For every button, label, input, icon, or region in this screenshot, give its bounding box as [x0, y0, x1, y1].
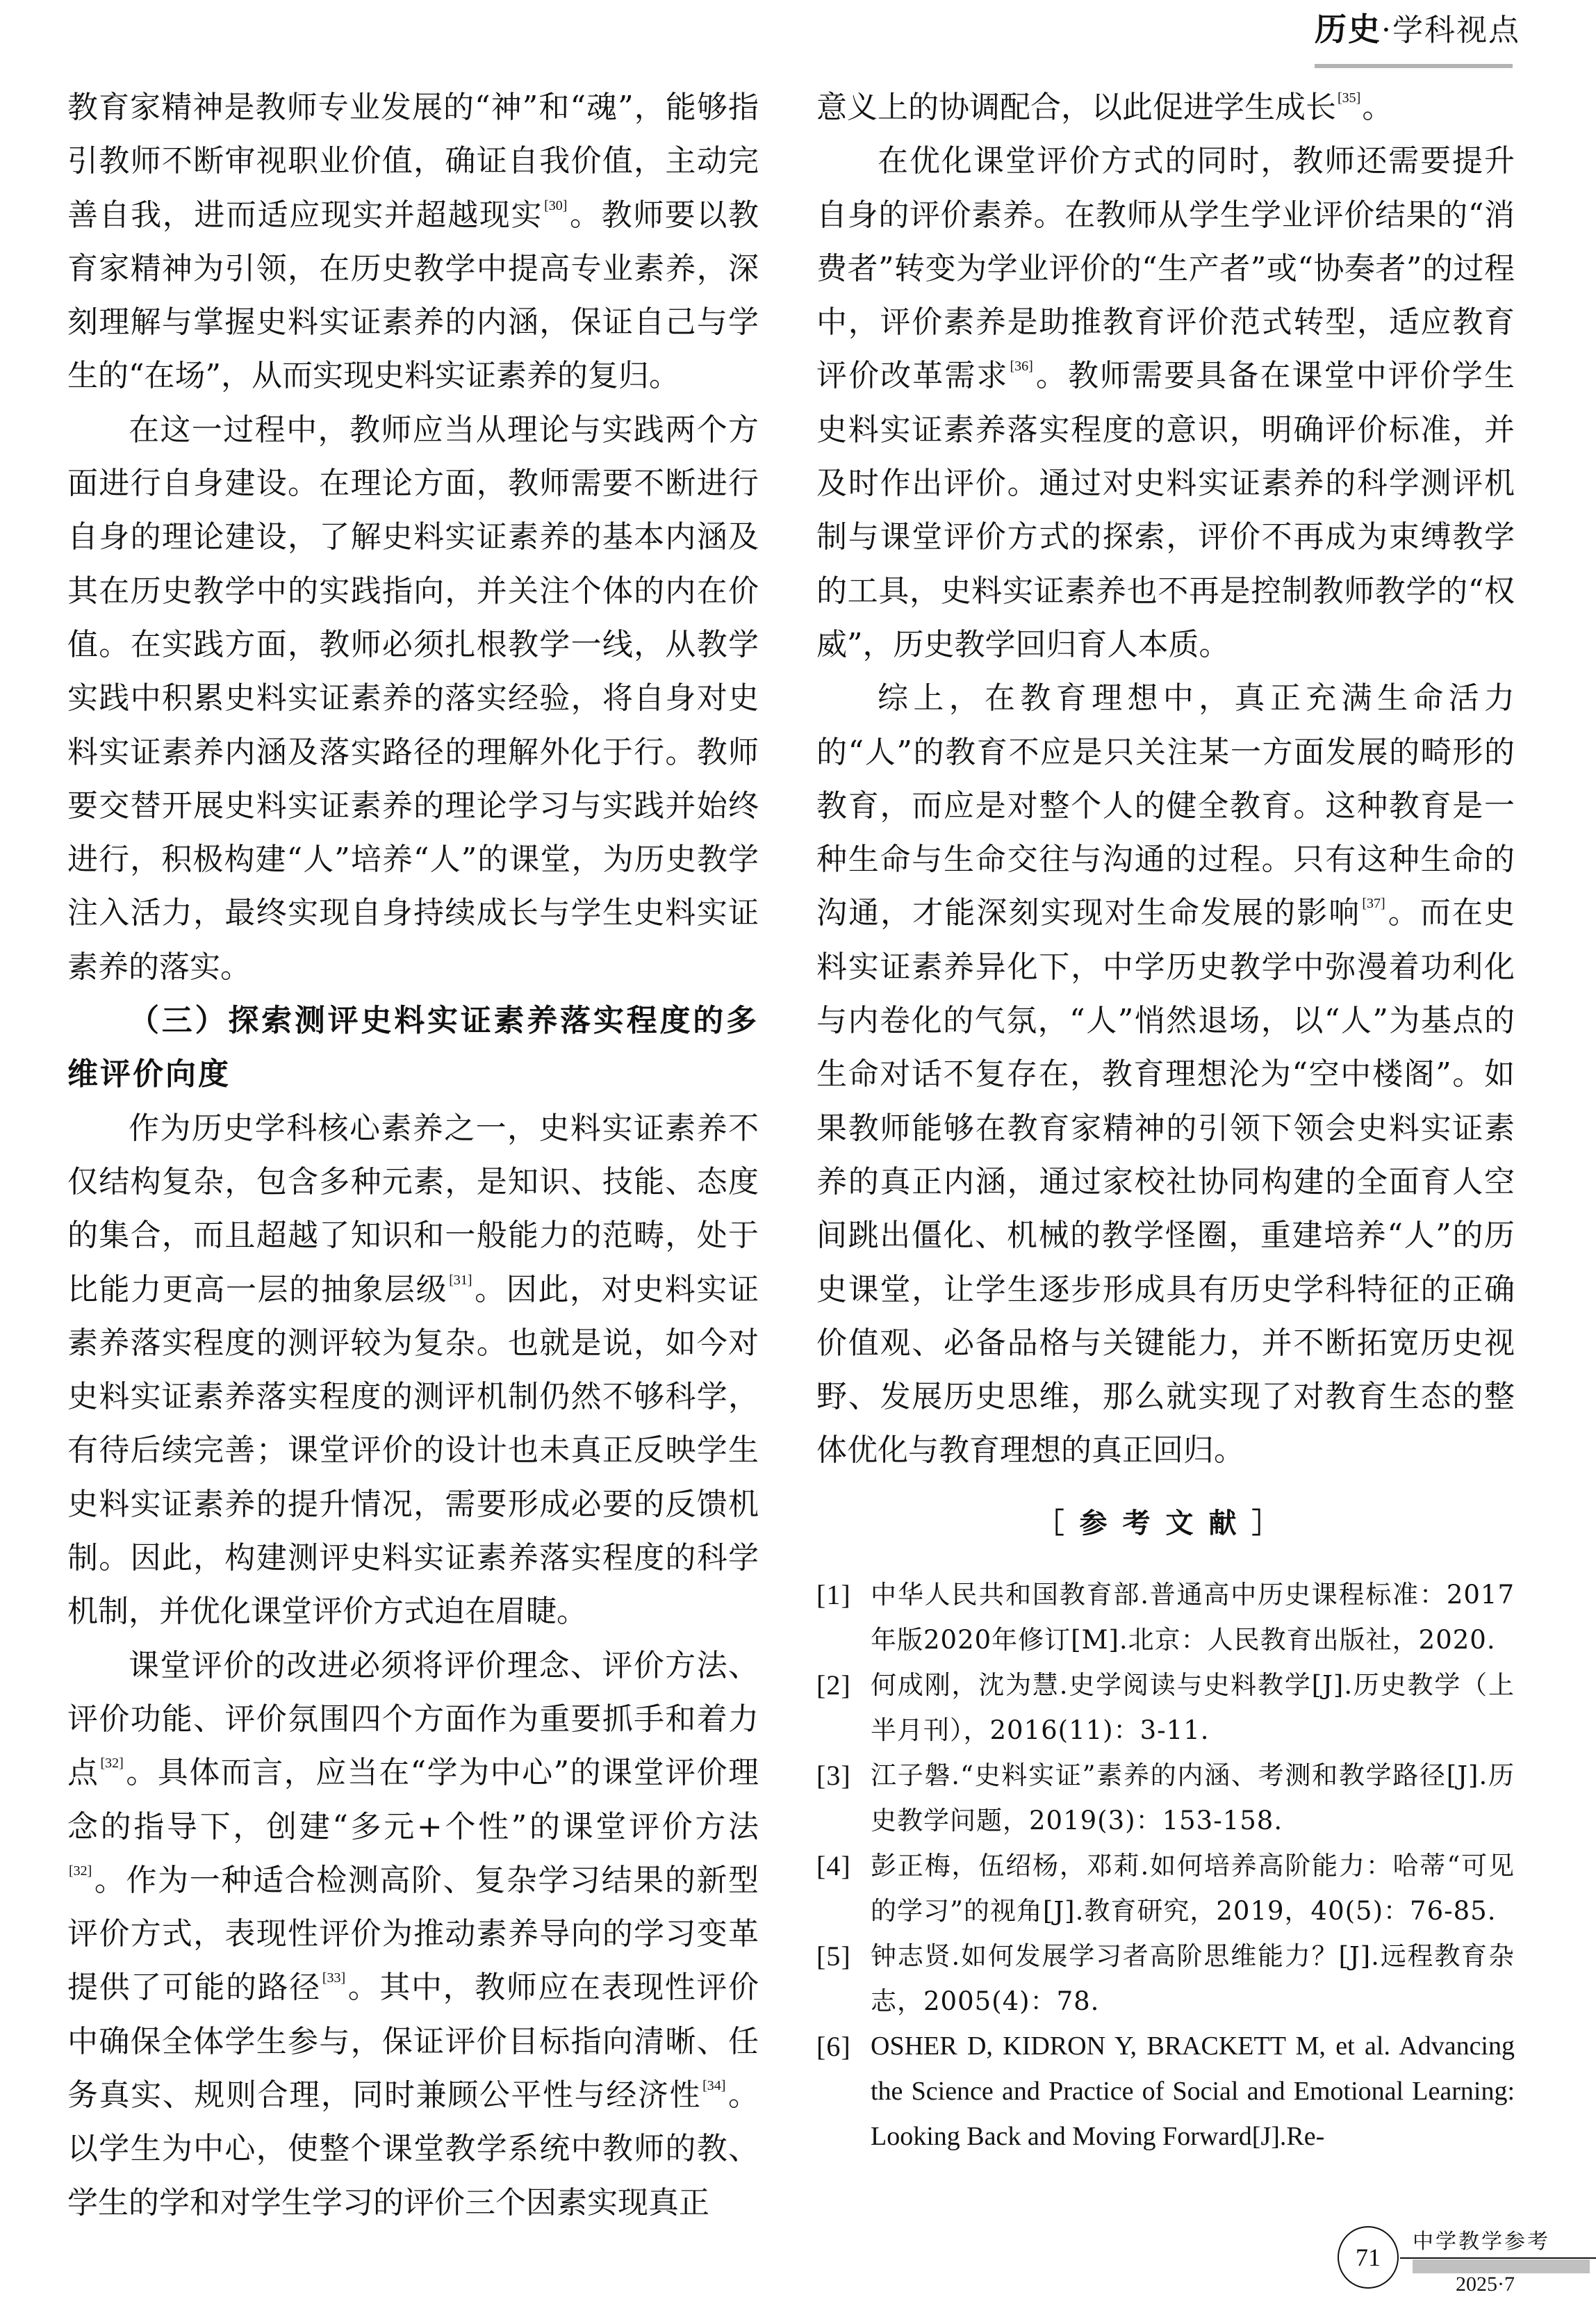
- section-title-light: 学科视点: [1392, 13, 1520, 48]
- paragraph-text: 。: [1362, 90, 1392, 125]
- reference-number: [1]: [816, 1572, 871, 1662]
- citation: [30]: [544, 198, 567, 213]
- section-title-strong: 历史: [1315, 10, 1381, 48]
- reference-item: [5] 钟志贤.如何发展学习者高阶思维能力？[J].远程教育杂志，2005(4)…: [816, 1933, 1515, 2024]
- reference-number: [2]: [816, 1662, 871, 1753]
- paragraph-text: 。因此，对史料实证素养落实程度的测评较为复杂。也就是说，如今对史料实证素养落实程…: [67, 1272, 759, 1630]
- paragraph: 教育家精神是教师专业发展的“神”和“魂”，能够指引教师不断审视职业价值，确证自我…: [67, 81, 759, 403]
- reference-text: 中华人民共和国教育部.普通高中历史课程标准：2017年版2020年修订[M].北…: [871, 1572, 1515, 1662]
- citation: [31]: [449, 1273, 472, 1288]
- reference-number: [5]: [816, 1933, 871, 2024]
- reference-item: [2] 何成刚，沈为慧.史学阅读与史料教学[J].历史教学（上半月刊），2016…: [816, 1662, 1515, 1753]
- paragraph-text: 综上，在教育理想中，真正充满生命活力的“人”的教育不应是只关注某一方面发展的畸形…: [816, 680, 1515, 931]
- citation: [37]: [1362, 896, 1385, 911]
- section-title: 历史·学科视点: [1315, 8, 1516, 51]
- reference-number: [3]: [816, 1753, 871, 1843]
- paragraph-text: 。具体而言，应当在“学为中心”的课堂评价理念的指导下，创建“多元+个性”的课堂评…: [67, 1755, 759, 1844]
- reference-item: [4] 彭正梅，伍绍杨，邓莉.如何培养高阶能力：哈蒂“可见的学习”的视角[J].…: [816, 1843, 1515, 1933]
- left-column: 教育家精神是教师专业发展的“神”和“魂”，能够指引教师不断审视职业价值，确证自我…: [67, 81, 759, 2230]
- paragraph: 课堂评价的改进必须将评价理念、评价方法、评价功能、评价氛围四个方面作为重要抓手和…: [67, 1639, 759, 2230]
- citation: [36]: [1010, 359, 1033, 374]
- citation: [32]: [69, 1863, 92, 1879]
- reference-item: [6] OSHER D, KIDRON Y, BRACKETT M, et al…: [816, 2024, 1515, 2159]
- reference-text: 彭正梅，伍绍杨，邓莉.如何培养高阶能力：哈蒂“可见的学习”的视角[J].教育研究…: [871, 1843, 1515, 1933]
- citation: [32]: [101, 1756, 124, 1771]
- paragraph: 在这一过程中，教师应当从理论与实践两个方面进行自身建设。在理论方面，教师需要不断…: [67, 403, 759, 994]
- citation: [34]: [702, 2078, 725, 2093]
- references-heading: ［参考文献］: [816, 1503, 1515, 1544]
- citation: [33]: [322, 1970, 345, 1986]
- paragraph-text: 在优化课堂评价方式的同时，教师还需要提升自身的评价素养。在教师从学生学业评价结果…: [816, 143, 1515, 393]
- page-footer: 71 中学教学参考 2025·7: [1338, 2224, 1596, 2294]
- reference-number: [4]: [816, 1843, 871, 1933]
- paragraph: 在优化课堂评价方式的同时，教师还需要提升自身的评价素养。在教师从学生学业评价结果…: [816, 134, 1515, 671]
- right-column: 意义上的协调配合，以此促进学生成长[35]。 在优化课堂评价方式的同时，教师还需…: [816, 81, 1515, 2159]
- paragraph-text: 意义上的协调配合，以此促进学生成长: [816, 90, 1336, 125]
- journal-issue: 2025·7: [1456, 2273, 1515, 2296]
- reference-number: [6]: [816, 2024, 871, 2159]
- section-subheading: （三）探索测评史料实证素养落实程度的多维评价向度: [67, 994, 759, 1102]
- reference-item: [1] 中华人民共和国教育部.普通高中历史课程标准：2017年版2020年修订[…: [816, 1572, 1515, 1662]
- header-rule: [1315, 64, 1513, 68]
- footer-bar: [1413, 2259, 1590, 2273]
- paragraph: 综上，在教育理想中，真正充满生命活力的“人”的教育不应是只关注某一方面发展的畸形…: [816, 671, 1515, 1477]
- paragraph: 意义上的协调配合，以此促进学生成长[35]。: [816, 81, 1515, 134]
- paragraph-text: 。教师需要具备在课堂中评价学生史料实证素养落实程度的意识，明确评价标准，并及时作…: [816, 358, 1515, 662]
- footer-rule: [1400, 2257, 1596, 2259]
- paragraph: 作为历史学科核心素养之一，史料实证素养不仅结构复杂，包含多种元素，是知识、技能、…: [67, 1102, 759, 1639]
- reference-text: 何成刚，沈为慧.史学阅读与史料教学[J].历史教学（上半月刊），2016(11)…: [871, 1662, 1515, 1753]
- reference-text: 江子磐.“史料实证”素养的内涵、考测和教学路径[J].历史教学问题，2019(3…: [871, 1753, 1515, 1843]
- reference-text: OSHER D, KIDRON Y, BRACKETT M, et al. Ad…: [871, 2024, 1515, 2159]
- section-title-separator: ·: [1381, 13, 1392, 48]
- reference-text: 钟志贤.如何发展学习者高阶思维能力？[J].远程教育杂志，2005(4)：78.: [871, 1933, 1515, 2024]
- citation: [35]: [1338, 90, 1360, 106]
- reference-item: [3] 江子磐.“史料实证”素养的内涵、考测和教学路径[J].历史教学问题，20…: [816, 1753, 1515, 1843]
- paragraph-text: 。而在史料实证素养异化下，中学历史教学中弥漫着功利化与内卷化的气氛，“人”悄然退…: [816, 895, 1515, 1468]
- journal-name: 中学教学参考: [1413, 2224, 1550, 2255]
- page-number: 71: [1338, 2226, 1399, 2289]
- running-header: 历史·学科视点: [1315, 8, 1516, 68]
